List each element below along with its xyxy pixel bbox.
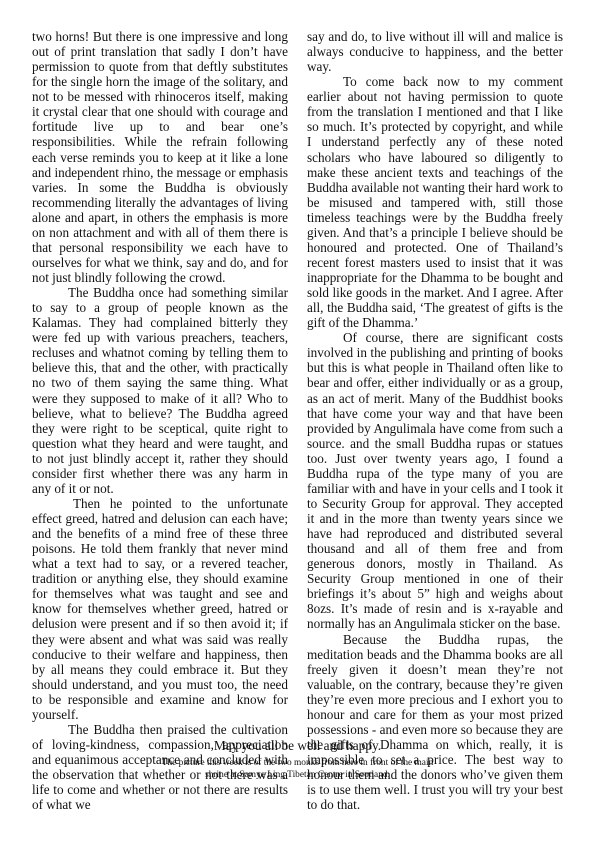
- left-column: two horns! But there is one impressive a…: [32, 29, 288, 812]
- paragraph-continuation-right: say and do, to live without ill will and…: [307, 29, 563, 74]
- document-page: two horns! But there is one impressive a…: [0, 0, 595, 842]
- paragraph-costs: Of course, there are significant costs i…: [307, 330, 563, 631]
- paragraph-continuation: two horns! But there is one impressive a…: [32, 29, 288, 285]
- paragraph-kalamas: The Buddha once had something similar to…: [32, 285, 288, 496]
- picture-caption: The picture this week is of the two monk…: [140, 758, 455, 781]
- paragraph-copyright: To come back now to my comment earlier a…: [307, 74, 563, 330]
- closing-line: May you all be well and happy.: [0, 738, 595, 753]
- caption-line-1: The picture this week is of the two monk…: [140, 758, 455, 770]
- caption-line-2: shrine at Samye Ling Tibetan Centre in S…: [140, 770, 455, 782]
- paragraph-three-poisons: Then he pointed to the unfortunate effec…: [32, 496, 288, 722]
- right-column: say and do, to live without ill will and…: [307, 29, 563, 812]
- paragraph-freely-given: Because the Buddha rupas, the meditation…: [307, 632, 563, 813]
